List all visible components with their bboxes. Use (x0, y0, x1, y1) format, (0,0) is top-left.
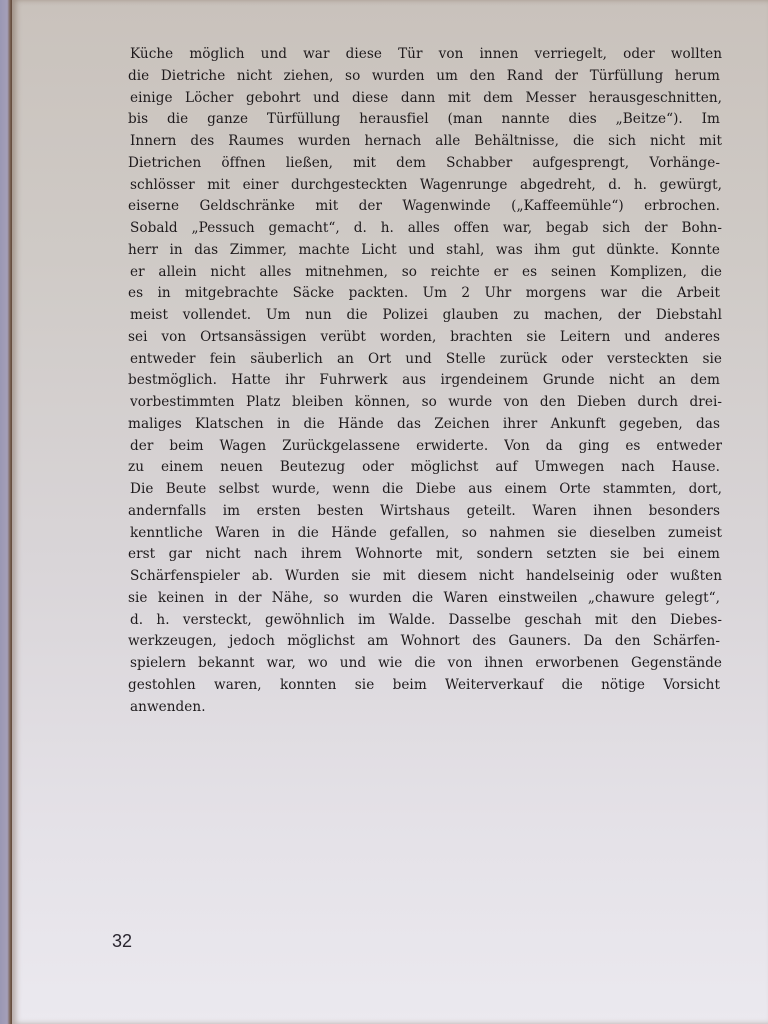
text-line: herr in das Zimmer, machte Licht und sta… (128, 240, 720, 262)
text-line: er allein nicht alles mitnehmen, so reic… (130, 262, 722, 284)
text-line: bestmöglich. Hatte ihr Fuhrwerk aus irge… (128, 370, 720, 392)
text-line: die Dietriche nicht ziehen, so wurden um… (128, 66, 720, 88)
book-page: Küche möglich und war diese Tür von inne… (12, 0, 768, 1024)
text-line: der beim Wagen Zurückgelassene erwiderte… (130, 436, 722, 458)
text-line: es in mitgebrachte Säcke packten. Um 2 U… (128, 283, 720, 305)
text-line: sie keinen in der Nähe, so wurden die Wa… (128, 588, 720, 610)
page-number: 32 (112, 931, 132, 952)
text-line: sei von Ortsansässigen verübt worden, br… (128, 327, 720, 349)
text-line: bis die ganze Türfüllung herausfiel (man… (128, 109, 720, 131)
text-line: andernfalls im ersten besten Wirtshaus g… (128, 501, 720, 523)
text-line: Innern des Raumes wurden hernach alle Be… (130, 131, 722, 153)
text-line: werkzeugen, jedoch möglichst am Wohnort … (128, 631, 720, 653)
text-line: maliges Klatschen in die Hände das Zeich… (128, 414, 720, 436)
text-line: gestohlen waren, konnten sie beim Weiter… (128, 675, 720, 697)
text-line: zu einem neuen Beutezug oder möglichst a… (128, 457, 720, 479)
book-spine-edge (0, 0, 12, 1024)
text-line: entweder fein säuberlich an Ort und Stel… (130, 349, 722, 371)
text-line: meist vollendet. Um nun die Polizei glau… (130, 305, 722, 327)
text-line: erst gar nicht nach ihrem Wohnorte mit, … (128, 544, 720, 566)
text-line: d. h. versteckt, gewöhnlich im Walde. Da… (130, 610, 722, 632)
text-line: Küche möglich und war diese Tür von inne… (130, 44, 722, 66)
text-line: Dietrichen öffnen ließen, mit dem Schabb… (128, 153, 720, 175)
text-line: spielern bekannt war, wo und wie die von… (130, 653, 722, 675)
text-line: vorbestimmten Platz bleiben können, so w… (130, 392, 722, 414)
text-line: Schärfenspieler ab. Wurden sie mit diese… (130, 566, 722, 588)
text-line: Sobald „Pessuch gemacht“, d. h. alles of… (130, 218, 722, 240)
text-line-last: anwenden. (130, 697, 722, 719)
text-line: Die Beute selbst wurde, wenn die Diebe a… (130, 479, 722, 501)
text-line: kenntliche Waren in die Hände gefallen, … (130, 523, 722, 545)
body-text: Küche möglich und war diese Tür von inne… (130, 44, 722, 718)
text-line: schlösser mit einer durchgesteckten Wage… (130, 175, 722, 197)
text-line: einige Löcher gebohrt und diese dann mit… (130, 88, 722, 110)
text-line: eiserne Geldschränke mit der Wagenwinde … (128, 196, 720, 218)
